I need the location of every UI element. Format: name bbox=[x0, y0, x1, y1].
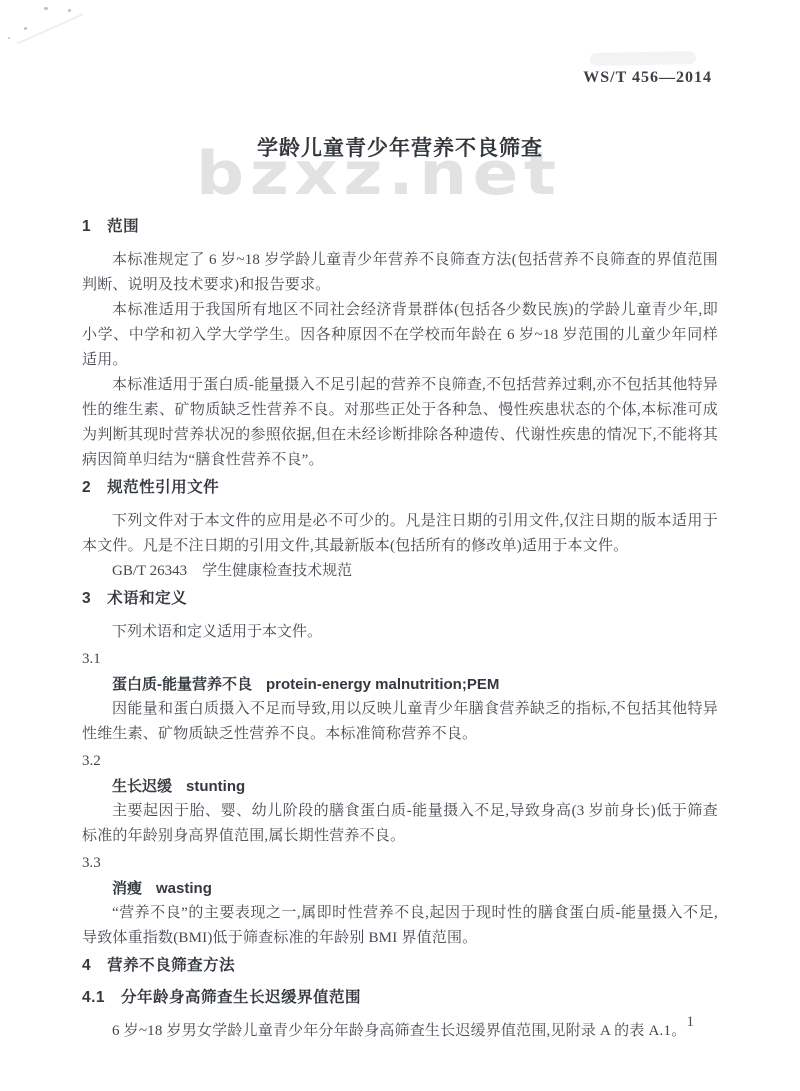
term-3-1-name: 蛋白质-能量营养不良 bbox=[112, 676, 252, 693]
term-3-3-name: 消瘦 bbox=[112, 880, 142, 897]
term-3-3-definition: “营养不良”的主要表现之一,属即时性营养不良,起因于现时性的膳食蛋白质-能量摄入… bbox=[82, 901, 718, 951]
scan-artifact-dot bbox=[44, 7, 48, 10]
scan-artifact-dot bbox=[8, 37, 10, 39]
section-1-paragraph-3: 本标准适用于蛋白质-能量摄入不足引起的营养不良筛查,不包括营养过剩,亦不包括其他… bbox=[82, 373, 718, 473]
section-3-heading: 3 术语和定义 bbox=[82, 588, 718, 610]
page-number: 1 bbox=[687, 1012, 695, 1032]
term-3-2-english: stunting bbox=[186, 778, 245, 795]
term-3-1-title: 蛋白质-能量营养不良protein-energy malnutrition;PE… bbox=[82, 672, 718, 697]
page-title: 学龄儿童青少年营养不良筛查 bbox=[82, 130, 718, 163]
term-3-2-definition: 主要起因于胎、婴、幼儿阶段的膳食蛋白质-能量摄入不足,导致身高(3 岁前身长)低… bbox=[82, 799, 718, 849]
scan-artifact-dot bbox=[68, 9, 71, 12]
term-3-1-english: protein-energy malnutrition;PEM bbox=[266, 676, 499, 693]
section-1-paragraph-1: 本标准规定了 6 岁~18 岁学龄儿童青少年营养不良筛查方法(包括营养不良筛查的… bbox=[82, 248, 718, 298]
term-3-1-number: 3.1 bbox=[82, 647, 718, 672]
section-1-heading: 1 范围 bbox=[82, 216, 718, 238]
term-3-2-number: 3.2 bbox=[82, 749, 718, 774]
term-3-3-title: 消瘦wasting bbox=[82, 876, 718, 901]
term-3-3-number: 3.3 bbox=[82, 851, 718, 876]
term-3-2-title: 生长迟缓stunting bbox=[82, 774, 718, 799]
section-3-intro: 下列术语和定义适用于本文件。 bbox=[82, 620, 718, 645]
section-4-1-heading: 4.1 分年龄身高筛查生长迟缓界值范围 bbox=[82, 987, 718, 1009]
doc-number: WS/T 456—2014 bbox=[0, 0, 800, 88]
section-4-1-paragraph-1: 6 岁~18 岁男女学龄儿童青少年分年龄身高筛查生长迟缓界值范围,见附录 A 的… bbox=[82, 1019, 718, 1044]
title-block: bzxz.net 学龄儿童青少年营养不良筛查 bbox=[82, 130, 718, 212]
section-2-reference: GB/T 26343 学生健康检查技术规范 bbox=[82, 559, 718, 584]
section-1-paragraph-2: 本标准适用于我国所有地区不同社会经济背景群体(包括各少数民族)的学龄儿童青少年,… bbox=[82, 298, 718, 373]
section-2-heading: 2 规范性引用文件 bbox=[82, 477, 718, 499]
document-page: WS/T 456—2014 bzxz.net 学龄儿童青少年营养不良筛查 1 范… bbox=[0, 0, 800, 1091]
section-2-paragraph-1: 下列文件对于本文件的应用是必不可少的。凡是注日期的引用文件,仅注日期的版本适用于… bbox=[82, 509, 718, 559]
term-3-3-english: wasting bbox=[156, 880, 212, 897]
page-content: bzxz.net 学龄儿童青少年营养不良筛查 1 范围 本标准规定了 6 岁~1… bbox=[0, 130, 800, 1044]
term-3-2-name: 生长迟缓 bbox=[112, 778, 172, 795]
scan-artifact-dot bbox=[24, 27, 27, 30]
section-4-heading: 4 营养不良筛查方法 bbox=[82, 955, 718, 977]
scan-artifact-smudge bbox=[590, 51, 696, 66]
term-3-1-definition: 因能量和蛋白质摄入不足而导致,用以反映儿童青少年膳食营养缺乏的指标,不包括其他特… bbox=[82, 697, 718, 747]
